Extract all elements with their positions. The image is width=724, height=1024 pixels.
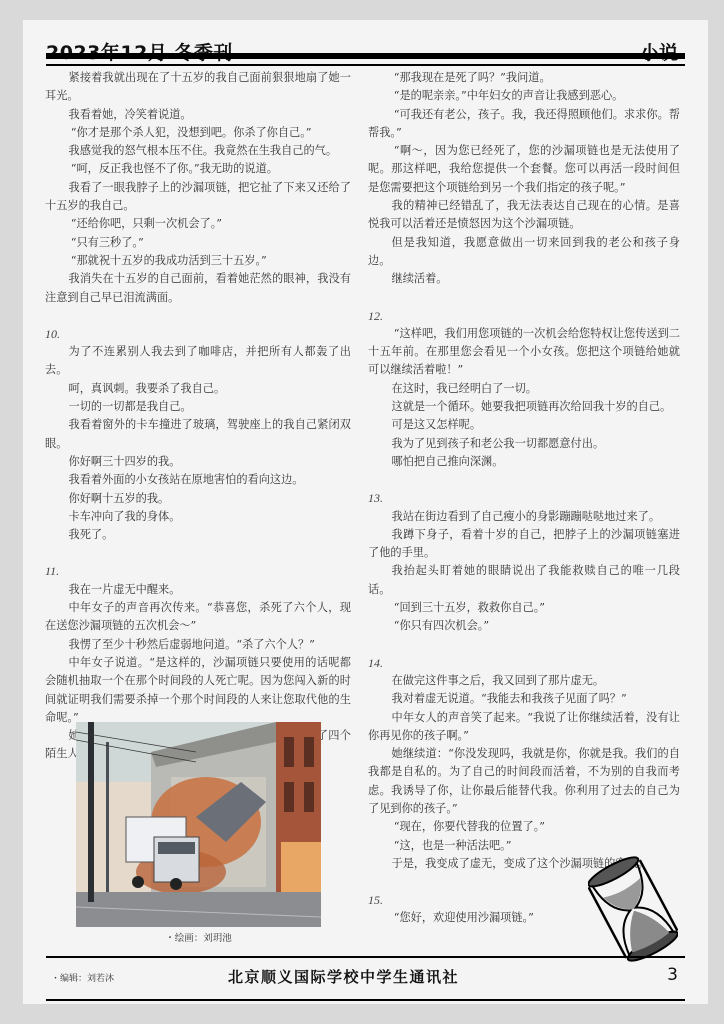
chapter-number: 10. bbox=[45, 325, 351, 343]
paragraph: 我看着外面的小女孩站在原地害怕的看向这边。 bbox=[45, 471, 351, 489]
chapter-number: 12. bbox=[368, 307, 680, 325]
paragraph: 我愣了至少十秒然后虚弱地问道。“杀了六个人？” bbox=[45, 636, 351, 654]
paragraph: “可我还有老公，孩子。我，我还得照顾他们。求求你。帮帮我。” bbox=[368, 106, 680, 143]
paragraph: 我消失在十五岁的自己面前，看着她茫然的眼神，我没有注意到自己早已泪流满面。 bbox=[45, 270, 351, 307]
paragraph: 我对着虚无说道。“我能去和我孩子见面了吗？” bbox=[368, 690, 680, 708]
paragraph: “你只有四次机会。” bbox=[368, 617, 680, 635]
chapter-number: 13. bbox=[368, 489, 680, 507]
paragraph: 继续活着。 bbox=[368, 270, 680, 288]
hourglass-icon bbox=[588, 855, 678, 963]
paragraph: 但是我知道，我愿意做出一切来回到我的老公和孩子身边。 bbox=[368, 234, 680, 271]
paragraph: 我看着窗外的卡车撞进了玻璃，驾驶座上的我自己紧闭双眼。 bbox=[45, 416, 351, 453]
paragraph: “回到三十五岁，救救你自己。” bbox=[368, 599, 680, 617]
paragraph: 我的精神已经错乱了，我无法表达自己现在的心情。是喜悦我可以活着还是愤怒因为这个沙… bbox=[368, 197, 680, 234]
paragraph: “那就祝十五岁的我成功活到三十五岁。” bbox=[45, 252, 351, 270]
paragraph: “啊～，因为您已经死了，您的沙漏项链也是无法使用了呢。那这样吧，我给您提供一个套… bbox=[368, 142, 680, 197]
header-rule-thin bbox=[46, 64, 685, 66]
paragraph: 呵，真讽刺。我要杀了我自己。 bbox=[45, 380, 351, 398]
paragraph: 在这时，我已经明白了一切。 bbox=[368, 380, 680, 398]
paragraph: 我感觉我的怒气根本压不住。我竟然在生我自己的气。 bbox=[45, 142, 351, 160]
left-column: 紧接着我就出现在了十五岁的我自己面前狠狠地扇了她一耳光。 我看着她，冷笑着说道。… bbox=[45, 69, 351, 764]
paragraph: 你好啊三十四岁的我。 bbox=[45, 453, 351, 471]
paragraph: “那我现在是死了吗？”我问道。 bbox=[368, 69, 680, 87]
paragraph: 这就是一个循环。她要我把项链再次给回我十岁的自己。 bbox=[368, 398, 680, 416]
paragraph: 紧接着我就出现在了十五岁的我自己面前狠狠地扇了她一耳光。 bbox=[45, 69, 351, 106]
chapter-number: 14. bbox=[368, 654, 680, 672]
paragraph: 我看了一眼我脖子上的沙漏项链，把它扯了下来又还给了十五岁的我自己。 bbox=[45, 179, 351, 216]
paragraph: 一切的一切都是我自己。 bbox=[45, 398, 351, 416]
paragraph: 我死了。 bbox=[45, 526, 351, 544]
paragraph: 她继续道：“你没发现吗，我就是你，你就是我。我们的自我都是自私的。为了自己的时间… bbox=[368, 745, 680, 818]
paragraph: 在做完这件事之后，我又回到了那片虚无。 bbox=[368, 672, 680, 690]
header-rule-thick bbox=[46, 53, 685, 59]
right-column: “那我现在是死了吗？”我问道。 “是的呢亲亲。”中年妇女的声音让我感到恶心。 “… bbox=[368, 69, 680, 928]
paragraph: 哪怕把自己推向深渊。 bbox=[368, 453, 680, 471]
chapter-number: 11. bbox=[45, 562, 351, 580]
paragraph: 中年女子说道。“是这样的，沙漏项链只要使用的话呢都会随机抽取一个在那个时间段的人… bbox=[45, 654, 351, 727]
paragraph: 我看着她，冷笑着说道。 bbox=[45, 106, 351, 124]
paragraph: “呵，反正我也怪不了你。”我无助的说道。 bbox=[45, 160, 351, 178]
paragraph: 我为了见到孩子和老公我一切都愿意付出。 bbox=[368, 435, 680, 453]
footer-rule-top bbox=[46, 956, 685, 958]
paragraph: 我站在街边看到了自己瘦小的身影蹦蹦哒哒地过来了。 bbox=[368, 508, 680, 526]
page-number: 3 bbox=[667, 965, 678, 985]
paragraph: “这样吧，我们用您项链的一次机会给您特权让您传送到二十五年前。在那里您会看见一个… bbox=[368, 325, 680, 380]
paragraph: 为了不连累别人我去到了咖啡店，并把所有人都轰了出去。 bbox=[45, 343, 351, 380]
paragraph: 中年女子的声音再次传来。“恭喜您，杀死了六个人，现在送您沙漏项链的五次机会～” bbox=[45, 599, 351, 636]
paragraph: “这，也是一种活法吧。” bbox=[368, 837, 680, 855]
illustration-caption: ・绘画：刘玥池 bbox=[76, 930, 321, 944]
paragraph: 我蹲下身子，看着十岁的自己，把脖子上的沙漏项链塞进了他的手里。 bbox=[368, 526, 680, 563]
paragraph: 可是这又怎样呢。 bbox=[368, 416, 680, 434]
paragraph: “你才是那个杀人犯，没想到吧。你杀了你自己。” bbox=[45, 124, 351, 142]
paragraph: 卡车冲向了我的身体。 bbox=[45, 508, 351, 526]
paragraph: “还给你吧，只剩一次机会了。” bbox=[45, 215, 351, 233]
paragraph: “只有三秒了。” bbox=[45, 234, 351, 252]
section-title: 小说 bbox=[640, 38, 678, 65]
paragraph: “是的呢亲亲。”中年妇女的声音让我感到恶心。 bbox=[368, 87, 680, 105]
page: 2023年12月 冬季刊 小说 紧接着我就出现在了十五岁的我自己面前狠狠地扇了她… bbox=[23, 20, 708, 1004]
footer-rule-bottom bbox=[46, 999, 685, 1001]
paragraph: 中年女人的声音笑了起来。“我说了让你继续活着，没有让你再见你的孩子啊。” bbox=[368, 709, 680, 746]
paragraph: 我抬起头盯着她的眼睛说出了我能救赎自己的唯一几段话。 bbox=[368, 562, 680, 599]
paragraph: “现在，你要代替我的位置了。” bbox=[368, 818, 680, 836]
paragraph: 你好啊十五岁的我。 bbox=[45, 490, 351, 508]
paragraph: 我在一片虚无中醒来。 bbox=[45, 581, 351, 599]
issue-title: 2023年12月 冬季刊 bbox=[46, 38, 233, 65]
editor-credit: ・编辑：刘若沐 bbox=[51, 971, 114, 984]
organization-name: 北京顺义国际学校中学生通讯社 bbox=[228, 966, 459, 987]
truck-crash-illustration bbox=[76, 722, 321, 927]
